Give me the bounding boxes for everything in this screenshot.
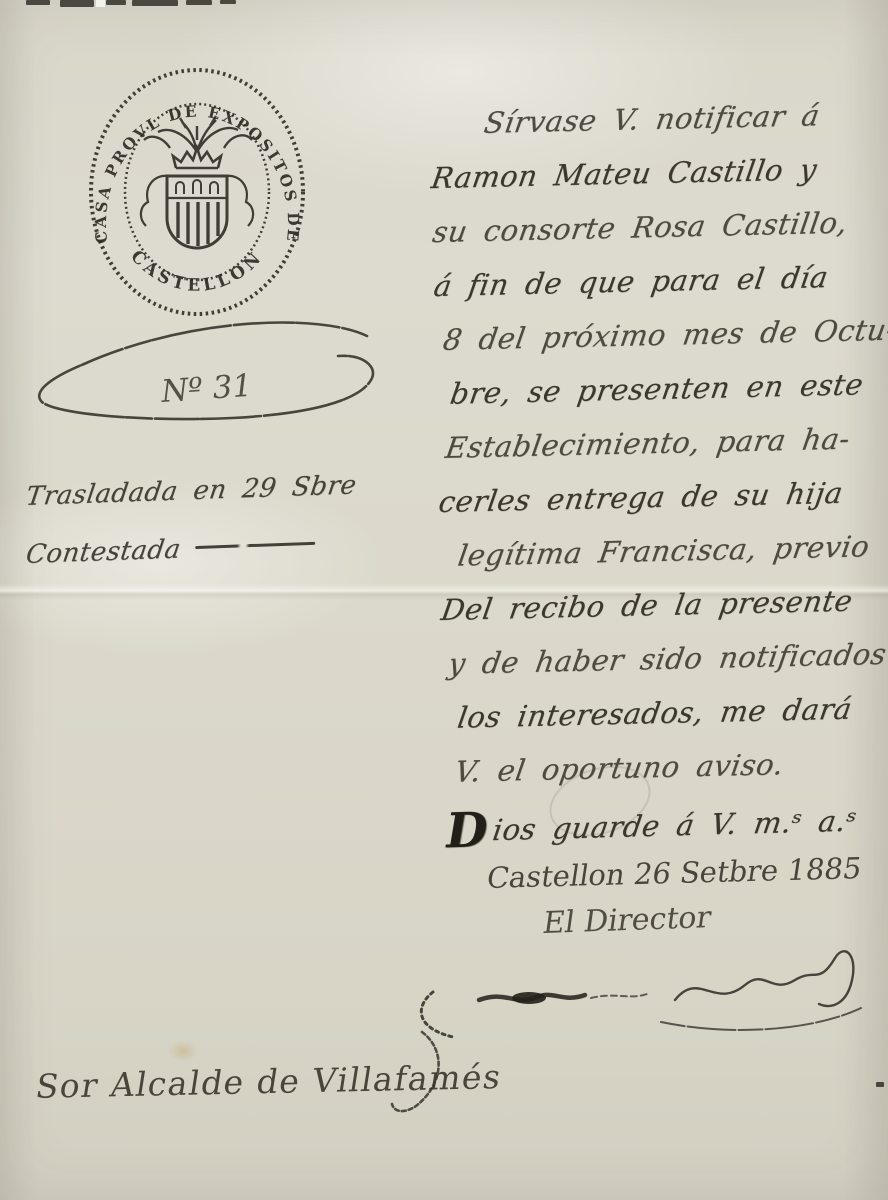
edge-mark bbox=[220, 0, 236, 4]
paper-stain bbox=[168, 1040, 198, 1062]
signature-name-strokes bbox=[675, 951, 853, 1006]
director-signature bbox=[413, 940, 875, 1045]
signature-underline bbox=[661, 1008, 861, 1030]
body-line: los interesados, me dará bbox=[454, 681, 888, 745]
edge-mark bbox=[26, 0, 50, 5]
dateline: Castellon 26 Setbre 1885 bbox=[485, 851, 864, 895]
marginal-note-text: Trasladada en 29 Sbre bbox=[24, 470, 359, 512]
letter-body: Sírvase V. notificar á Ramon Mateu Casti… bbox=[425, 87, 888, 799]
body-line: Establecimiento, para ha- bbox=[442, 411, 888, 475]
edge-mark bbox=[106, 0, 126, 5]
flourish-dash bbox=[195, 542, 315, 549]
signature-ink-blob bbox=[512, 992, 546, 1004]
body-line: Sírvase V. notificar á bbox=[480, 87, 884, 150]
edge-mark bbox=[60, 0, 94, 7]
edge-mark bbox=[186, 0, 212, 5]
seal-bottom-text: CASTELLON bbox=[126, 246, 267, 295]
marginal-note-answered: Contestada bbox=[24, 530, 317, 570]
body-line: y de haber sido notificados bbox=[445, 627, 888, 691]
body-line: bre, se presenten en este bbox=[446, 357, 888, 421]
signature-trail bbox=[591, 994, 647, 998]
registry-number: Nº 31 bbox=[159, 368, 253, 410]
valediction-line: Dios guarde á V. m.ˢ a.ˢ bbox=[445, 793, 853, 860]
registry-number-flourish: Nº 31 bbox=[22, 310, 392, 475]
marginal-note-transfer: Trasladada en 29 Sbre bbox=[24, 470, 359, 512]
edge-speck bbox=[876, 1082, 884, 1087]
edge-mark bbox=[132, 0, 178, 6]
body-line: legítima Francisca, previo bbox=[454, 519, 888, 583]
scanned-letter-page: CASA PROVL DE EXPOSITOS DE CASTELLON Nº … bbox=[0, 0, 888, 1200]
body-line: V. el oportuno aviso. bbox=[451, 735, 888, 799]
seal-coat-of-arms bbox=[141, 116, 253, 248]
signer-title: El Director bbox=[541, 900, 714, 941]
institution-seal-stamp: CASA PROVL DE EXPOSITOS DE CASTELLON bbox=[74, 56, 320, 328]
edge-notch bbox=[96, 0, 105, 7]
valediction-text: ios guarde á V. m.ˢ a.ˢ bbox=[490, 804, 858, 848]
valediction-initial: D bbox=[445, 802, 488, 859]
marginal-note-text: Contestada bbox=[24, 534, 183, 570]
